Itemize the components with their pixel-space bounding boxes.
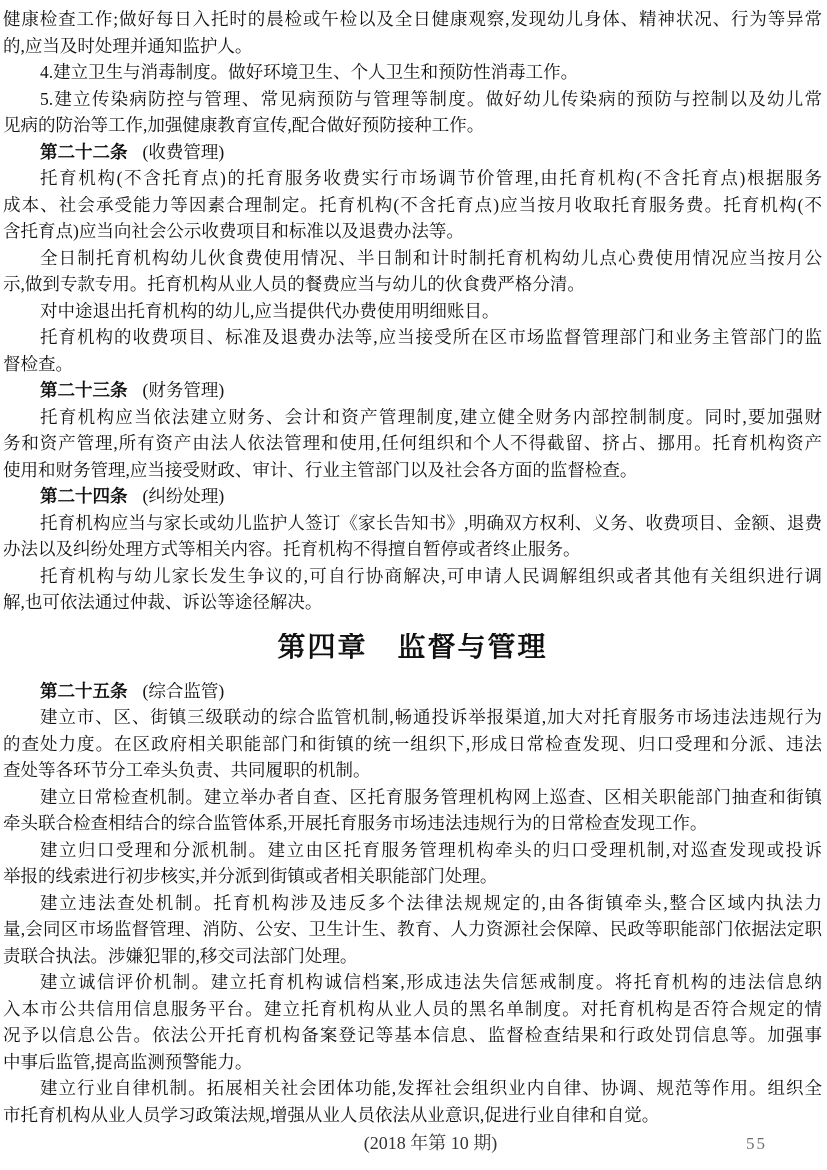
text-line: 对中途退出托育机构的幼儿,应当提供代办费使用明细账目。 [3,298,822,325]
text-line: 解,也可依法通过仲裁、诉讼等途径解决。 [3,589,822,616]
text-line: 中事后监管,提高监测预警能力。 [3,1049,822,1076]
text-line: 含托育点)应当向社会公示收费项目和标准以及退费办法等。 [3,218,822,245]
text-line: 建立市、区、街镇三级联动的综合监管机制,畅通投诉举报渠道,加大对托育服务市场违法… [3,704,822,731]
text-line: 健康检查工作;做好每日入托时的晨检或午检以及全日健康观察,发现幼儿身体、精神状况… [3,6,822,33]
article-heading: 第二十四条(纠纷处理) [3,483,822,510]
article-number: 第二十三条 [40,380,128,400]
text-line: 的查处力度。在区政府相关职能部门和街镇的统一组织下,形成日常检查发现、归口受理和… [3,731,822,758]
text-line: 建立违法查处机制。托育机构涉及违反多个法律法规规定的,由各街镇牵头,整合区域内执… [3,890,822,917]
text-line: 况予以信息公告。依法公开托育机构备案登记等基本信息、监督检查结果和行政处罚信息等… [3,1022,822,1049]
text-line: 全日制托育机构幼儿伙食费使用情况、半日制和计时制托育机构幼儿点心费使用情况应当按… [3,245,822,272]
page-footer: (2018 年第 10 期) 55 [3,1131,822,1155]
text-line: 建立归口受理和分派机制。建立由区托育服务管理机构牵头的归口受理机制,对巡查发现或… [3,837,822,864]
article-title: (综合监管) [143,681,225,701]
text-line: 责联合执法。涉嫌犯罪的,移交司法部门处理。 [3,943,822,970]
text-line: 办法以及纠纷处理方式等相关内容。托育机构不得擅自暂停或者终止服务。 [3,536,822,563]
text-line: 托育机构应当与家长或幼儿监护人签订《家长告知书》,明确双方权利、义务、收费项目、… [3,510,822,537]
footer-issue: (2018 年第 10 期) [364,1133,498,1153]
page-number: 55 [746,1132,767,1156]
text-line: 牵头联合检查相结合的综合监管体系,开展托育服务市场违法违规行为的日常检查发现工作… [3,810,822,837]
text-line: 举报的线索进行初步核实,并分派到街镇或者相关职能部门处理。 [3,863,822,890]
article-number: 第二十四条 [40,486,128,506]
text-line: 市托育机构从业人员学习政策法规,增强从业人员依法从业意识,促进行业自律和自觉。 [3,1102,822,1129]
text-line: 建立诚信评价机制。建立托育机构诚信档案,形成违法失信惩戒制度。将托育机构的违法信… [3,969,822,996]
article-title: (纠纷处理) [143,486,225,506]
article-number: 第二十五条 [40,681,128,701]
document-page: 健康检查工作;做好每日入托时的晨检或午检以及全日健康观察,发现幼儿身体、精神状况… [0,0,827,1170]
text-line: 4.建立卫生与消毒制度。做好环境卫生、个人卫生和预防性消毒工作。 [3,59,822,86]
text-line: 托育机构应当依法建立财务、会计和资产管理制度,建立健全财务内部控制制度。同时,要… [3,404,822,431]
text-line: 务和资产管理,所有资产由法人依法管理和使用,任何组织和个人不得截留、挤占、挪用。… [3,430,822,457]
article-title: (财务管理) [143,380,225,400]
text-line: 建立日常检查机制。建立举办者自查、区托育服务管理机构网上巡查、区相关职能部门抽查… [3,784,822,811]
text-line: 5.建立传染病防控与管理、常见病预防与管理等制度。做好幼儿传染病的预防与控制以及… [3,86,822,113]
article-heading: 第二十二条(收费管理) [3,139,822,166]
text-line: 的,应当及时处理并通知监护人。 [3,33,822,60]
text-line: 查处等各环节分工牵头负责、共同履职的机制。 [3,757,822,784]
article-heading: 第二十五条(综合监管) [3,678,822,705]
article-title: (收费管理) [143,142,225,162]
text-line: 托育机构的收费项目、标准及退费办法等,应当接受所在区市场监督管理部门和业务主管部… [3,324,822,351]
article-heading: 第二十三条(财务管理) [3,377,822,404]
text-line: 量,会同区市场监督管理、消防、公安、卫生计生、教育、人力资源社会保障、民政等职能… [3,916,822,943]
text-line: 示,做到专款专用。托育机构从业人员的餐费应当与幼儿的伙食费严格分清。 [3,271,822,298]
text-line: 托育机构与幼儿家长发生争议的,可自行协商解决,可申请人民调解组织或者其他有关组织… [3,563,822,590]
text-line: 成本、社会承受能力等因素合理制定。托育机构(不含托育点)应当按月收取托育服务费。… [3,192,822,219]
document-body: 健康检查工作;做好每日入托时的晨检或午检以及全日健康观察,发现幼儿身体、精神状况… [3,6,822,1128]
text-line: 见病的防治等工作,加强健康教育宣传,配合做好预防接种工作。 [3,112,822,139]
text-line: 托育机构(不含托育点)的托育服务收费实行市场调节价管理,由托育机构(不含托育点)… [3,165,822,192]
chapter-heading: 第四章 监督与管理 [3,633,822,663]
text-line: 使用和财务管理,应当接受财政、审计、行业主管部门以及社会各方面的监督检查。 [3,457,822,484]
text-line: 建立行业自律机制。拓展相关社会团体功能,发挥社会组织业内自律、协调、规范等作用。… [3,1075,822,1102]
article-number: 第二十二条 [40,142,128,162]
text-line: 督检查。 [3,351,822,378]
text-line: 入本市公共信用信息服务平台。建立托育机构从业人员的黑名单制度。对托育机构是否符合… [3,996,822,1023]
